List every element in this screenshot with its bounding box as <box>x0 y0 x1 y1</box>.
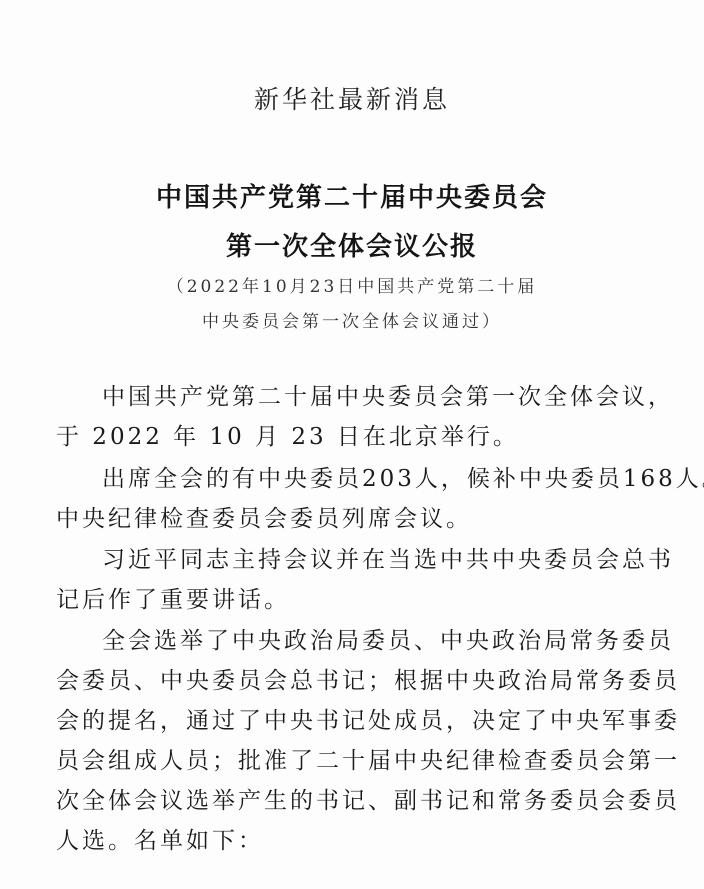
document-page: 新华社最新消息 中国共产党第二十届中央委员会 第一次全体会议公报 （2022年1… <box>0 0 704 889</box>
paragraph-line: 全会选举了中央政治局委员、中央政治局常务委员 <box>102 622 674 655</box>
paragraph-line: 记后作了重要讲话。 <box>56 581 290 614</box>
paragraph-line: 出席全会的有中央委员203人，候补中央委员168人。 <box>102 460 704 493</box>
document-title-line-2: 第一次全体会议公报 <box>0 226 704 263</box>
paragraph-line: 中央纪律检查委员会委员列席会议。 <box>56 500 472 533</box>
paragraph-line: 人选。名单如下： <box>56 822 264 855</box>
paragraph-line: 次全体会议选举产生的书记、副书记和常务委员会委员 <box>56 782 680 815</box>
paragraph-line: 中国共产党第二十届中央委员会第一次全体会议， <box>102 378 674 411</box>
paragraph-line: 于 2022 年 10 月 23 日在北京举行。 <box>56 418 519 451</box>
agency-header: 新华社最新消息 <box>0 80 704 116</box>
paragraph-line: 员会组成人员；批准了二十届中央纪律检查委员会第一 <box>56 742 680 775</box>
document-subtitle-line-2: 中央委员会第一次全体会议通过） <box>0 307 704 332</box>
paragraph-line: 习近平同志主持会议并在当选中共中央委员会总书 <box>102 541 674 574</box>
paragraph-line: 会的提名，通过了中央书记处成员，决定了中央军事委 <box>56 702 680 735</box>
paragraph-line: 会委员、中央委员会总书记；根据中央政治局常务委员 <box>56 662 680 695</box>
document-title-line-1: 中国共产党第二十届中央委员会 <box>0 177 704 214</box>
document-subtitle-line-1: （2022年10月23日中国共产党第二十届 <box>0 272 704 297</box>
